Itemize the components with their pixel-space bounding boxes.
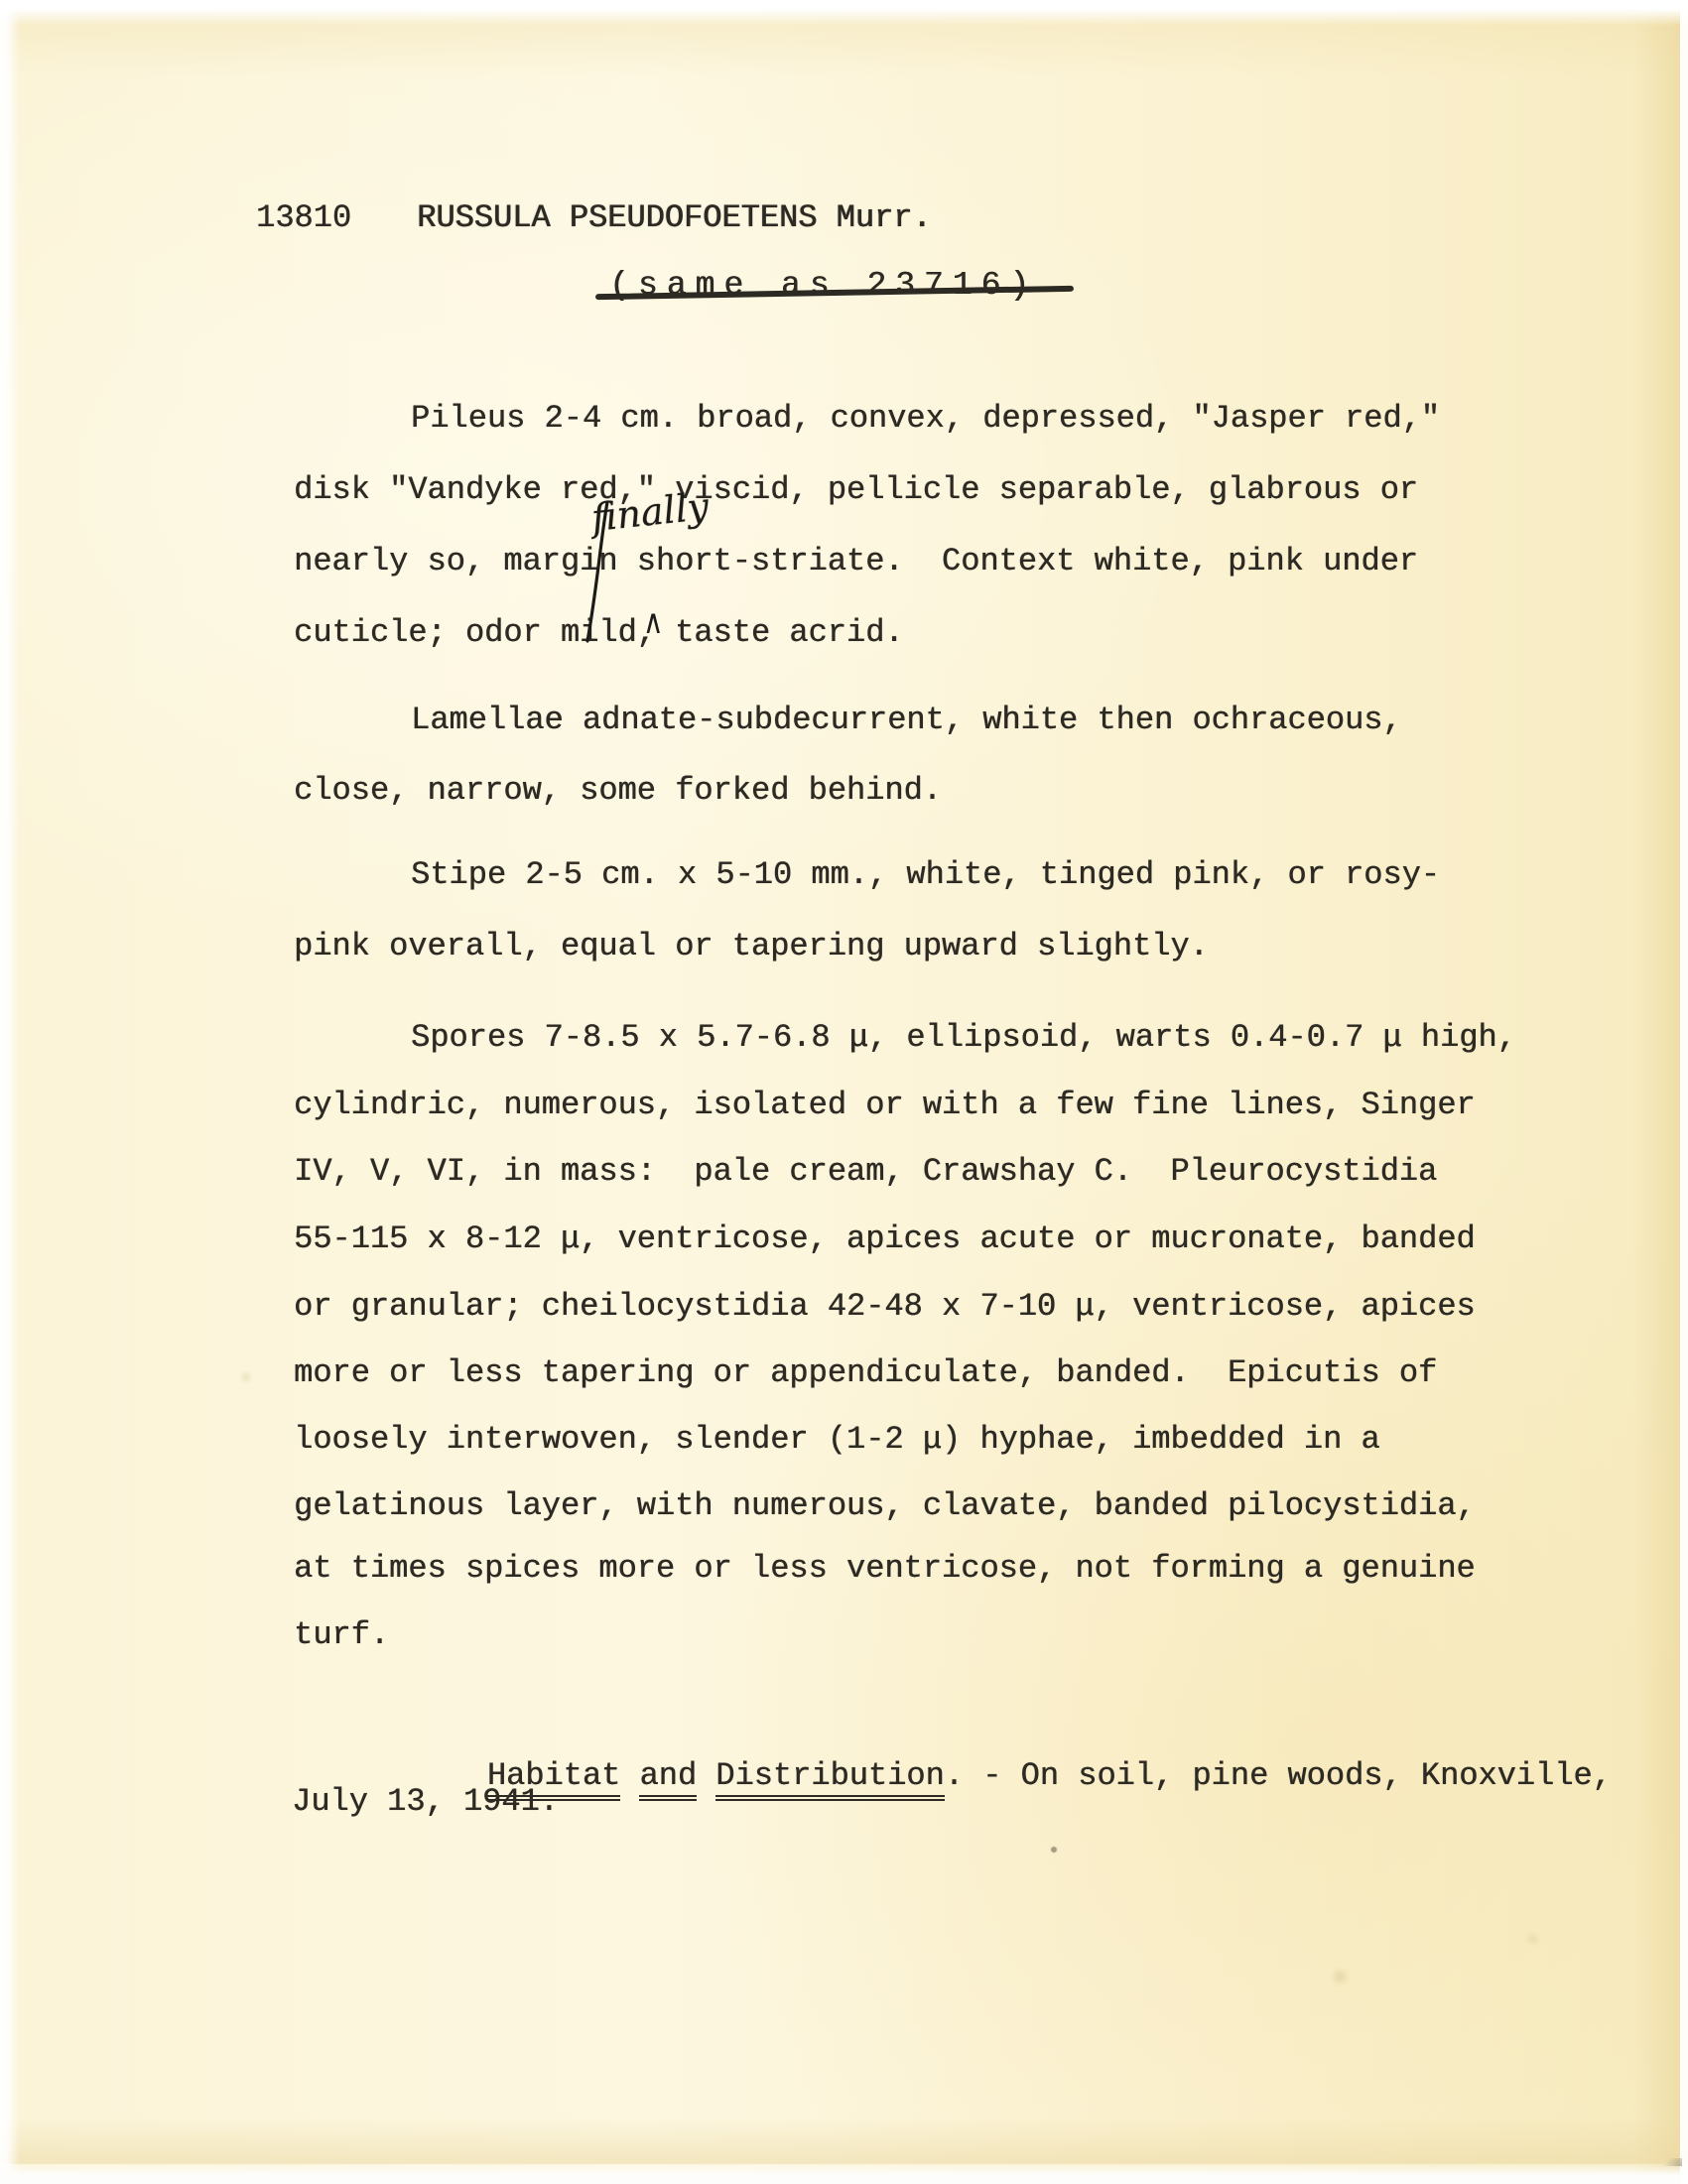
- typed-line: close, narrow, some forked behind.: [294, 771, 942, 811]
- space: [620, 1757, 639, 1794]
- space: [697, 1757, 715, 1794]
- typed-line: IV, V, VI, in mass: pale cream, Crawshay…: [294, 1152, 1437, 1192]
- scanned-typewritten-page: 13810 RUSSULA PSEUDOFOETENS Murr. (same …: [0, 0, 1688, 2184]
- habitat-distribution-line: Habitat and Distribution. - On soil, pin…: [411, 1717, 1612, 1836]
- paper-shade-right: [1632, 0, 1680, 2184]
- typed-line: Spores 7-8.5 x 5.7-6.8 μ, ellipsoid, war…: [411, 1018, 1516, 1058]
- habitat-rest: . - On soil, pine woods, Knoxville,: [945, 1757, 1612, 1794]
- typed-line: loosely interwoven, slender (1-2 μ) hyph…: [294, 1420, 1380, 1460]
- scan-edge-top: [0, 0, 1688, 26]
- catalog-number: 13810: [256, 198, 351, 238]
- typed-line: pink overall, equal or tapering upward s…: [294, 927, 1209, 966]
- insertion-caret-icon: ∧: [643, 602, 664, 642]
- typed-line: Lamellae adnate-subdecurrent, white then…: [411, 701, 1402, 740]
- paper-specks: [0, 0, 4, 4]
- typed-line: disk "Vandyke red," viscid, pellicle sep…: [294, 470, 1418, 510]
- typed-line: more or less tapering or appendiculate, …: [294, 1353, 1437, 1393]
- struck-annotation: (same as 23716): [609, 266, 1038, 306]
- typed-line: turf.: [294, 1615, 389, 1655]
- species-title: RUSSULA PSEUDOFOETENS Murr.: [417, 198, 931, 238]
- typed-line: nearly so, margin short-striate. Context…: [294, 542, 1418, 581]
- date-line: July 13, 1941.: [292, 1782, 559, 1822]
- scan-corner-mark: [1656, 2158, 1682, 2166]
- typed-line: Stipe 2-5 cm. x 5-10 mm., white, tinged …: [411, 855, 1440, 895]
- typed-line: at times spices more or less ventricose,…: [294, 1549, 1476, 1589]
- paper-shade-bottom: [0, 2117, 1688, 2164]
- insertion-stroke: [574, 494, 633, 648]
- habitat-heading-word: Distribution: [715, 1757, 944, 1801]
- scan-edge-bottom: [0, 2162, 1688, 2184]
- typed-line: gelatinous layer, with numerous, clavate…: [294, 1486, 1476, 1526]
- scan-edge-left: [0, 0, 20, 2184]
- typed-line: cylindric, numerous, isolated or with a …: [294, 1086, 1476, 1125]
- typed-line: Pileus 2-4 cm. broad, convex, depressed,…: [411, 399, 1440, 439]
- habitat-heading-word: and: [639, 1757, 697, 1801]
- scan-edge-right: [1680, 0, 1688, 2184]
- typed-line: 55-115 x 8-12 μ, ventricose, apices acut…: [294, 1220, 1476, 1259]
- typed-line: or granular; cheilocystidia 42-48 x 7-10…: [294, 1287, 1476, 1327]
